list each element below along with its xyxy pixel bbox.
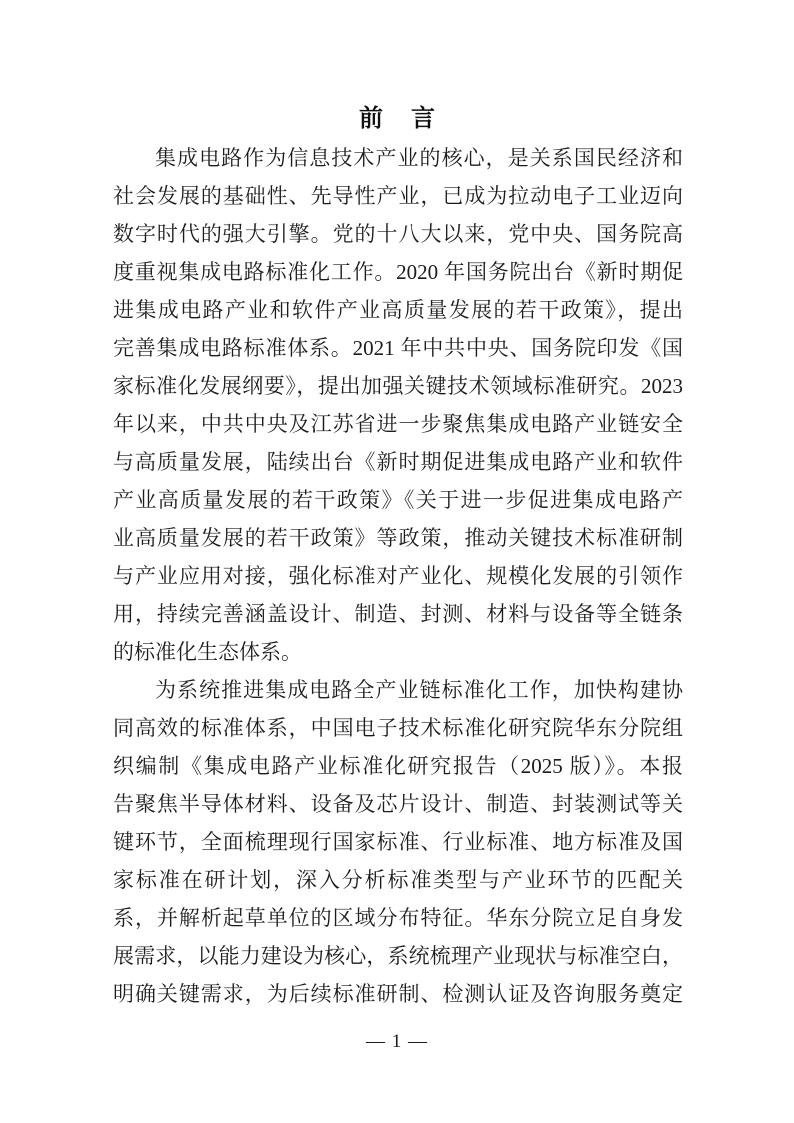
body-line: 同高效的标准体系，中国电子技术标准化研究院华东分院组 [113, 709, 683, 747]
body-line: 完善集成电路标准体系。2021 年中共中央、国务院印发《国 [113, 329, 683, 367]
body-line: 告聚焦半导体材料、设备及芯片设计、制造、封装测试等关 [113, 785, 683, 823]
body-line: 与产业应用对接，强化标准对产业化、规模化发展的引领作 [113, 557, 683, 595]
page-number: — 1 — [0, 1026, 794, 1058]
body-line: 进集成电路产业和软件产业高质量发展的若干政策》，提出 [113, 291, 683, 329]
body-line: 系，并解析起草单位的区域分布特征。华东分院立足自身发 [113, 899, 683, 937]
body-line: 用，持续完善涵盖设计、制造、封测、材料与设备等全链条 [113, 595, 683, 633]
body-line: 数字时代的强大引擎。党的十八大以来，党中央、国务院高 [113, 215, 683, 253]
document-body: 前 言 集成电路作为信息技术产业的核心，是关系国民经济和 社会发展的基础性、先导… [113, 99, 683, 1013]
body-line: 家标准化发展纲要》，提出加强关键技术领域标准研究。2023 [113, 367, 683, 405]
body-line: 为系统推进集成电路全产业链标准化工作，加快构建协 [113, 671, 683, 709]
body-line: 展需求，以能力建设为核心，系统梳理产业现状与标准空白， [113, 937, 683, 975]
body-line: 度重视集成电路标准化工作。2020 年国务院出台《新时期促 [113, 253, 683, 291]
body-line: 集成电路作为信息技术产业的核心，是关系国民经济和 [113, 139, 683, 177]
body-line: 年以来，中共中央及江苏省进一步聚焦集成电路产业链安全 [113, 405, 683, 443]
document-page: 前 言 集成电路作为信息技术产业的核心，是关系国民经济和 社会发展的基础性、先导… [0, 0, 794, 1123]
body-line: 明确关键需求，为后续标准研制、检测认证及咨询服务奠定 [113, 975, 683, 1013]
body-line: 织编制《集成电路产业标准化研究报告（2025 版）》。本报 [113, 747, 683, 785]
section-title: 前 言 [113, 99, 683, 139]
body-line: 家标准在研计划，深入分析标准类型与产业环节的匹配关 [113, 861, 683, 899]
paragraph-1: 集成电路作为信息技术产业的核心，是关系国民经济和 社会发展的基础性、先导性产业，… [113, 139, 683, 671]
body-line: 社会发展的基础性、先导性产业，已成为拉动电子工业迈向 [113, 177, 683, 215]
body-line: 与高质量发展，陆续出台《新时期促进集成电路产业和软件 [113, 443, 683, 481]
body-line: 的标准化生态体系。 [113, 633, 683, 671]
body-line: 产业高质量发展的若干政策》《关于进一步促进集成电路产 [113, 481, 683, 519]
body-line: 业高质量发展的若干政策》等政策，推动关键技术标准研制 [113, 519, 683, 557]
body-line: 键环节，全面梳理现行国家标准、行业标准、地方标准及国 [113, 823, 683, 861]
paragraph-2: 为系统推进集成电路全产业链标准化工作，加快构建协 同高效的标准体系，中国电子技术… [113, 671, 683, 1013]
